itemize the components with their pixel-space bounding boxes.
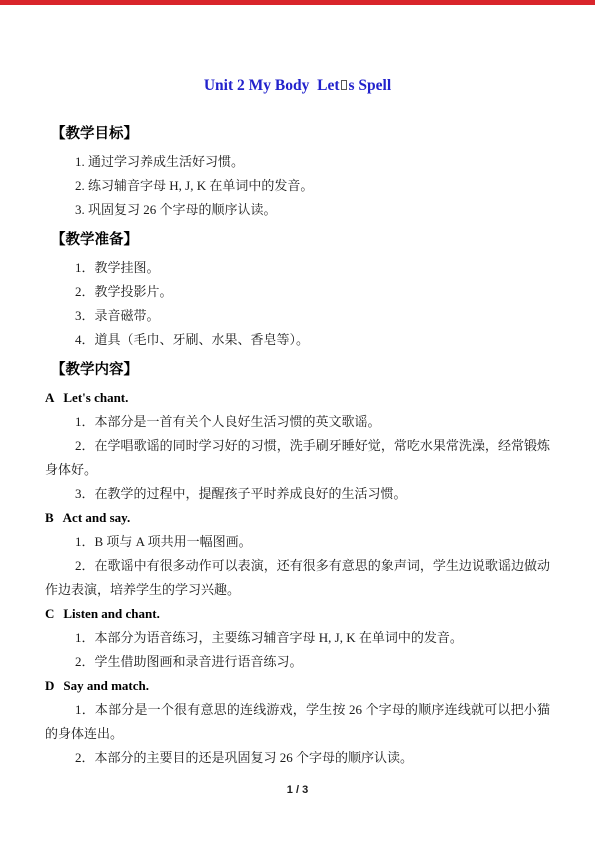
list-item: 1．B 项与 A 项共用一幅图画。 [45, 530, 550, 554]
list-item: 1．本部分为语音练习，主要练习辅音字母 H, J, K 在单词中的发音。 [45, 626, 550, 650]
list-item: 2．在歌谣中有很多动作可以表演，还有很多有意思的象声词，学生边说歌谣边做动作边表… [45, 554, 550, 602]
page-title: Unit 2 My Body Lets Spell [0, 0, 595, 96]
title-text-suffix: s Spell [348, 77, 391, 94]
list-item: 1．教学挂图。 [45, 256, 550, 280]
list-item: 2．教学投影片。 [45, 280, 550, 304]
subsection-letter: A [45, 390, 54, 405]
list-item: 3. 巩固复习 26 个字母的顺序认读。 [45, 198, 550, 222]
section-heading: 【教学准备】 [51, 228, 550, 252]
page-number: 1 / 3 [0, 784, 595, 796]
subsection-title: Act and say. [63, 510, 131, 525]
section-heading: 【教学目标】 [51, 122, 550, 146]
list-item: 2．在学唱歌谣的同时学习好的习惯，洗手刷牙睡好觉，常吃水果常洗澡，经常锻炼身体好… [45, 434, 550, 482]
subsection-letter: B [45, 510, 54, 525]
list-item: 4．道具（毛巾、牙刷、水果、香皂等）。 [45, 328, 550, 352]
subsection-letter: D [45, 678, 54, 693]
subsection-heading: BAct and say. [45, 506, 550, 530]
list-item: 1．本部分是一首有关个人良好生活习惯的英文歌谣。 [45, 410, 550, 434]
subsection-heading: DSay and match. [45, 674, 550, 698]
title-text-prefix: Unit 2 My Body Let [204, 77, 340, 94]
subsection-letter: C [45, 606, 54, 621]
document-page: Unit 2 My Body Lets Spell 【教学目标】1. 通过学习养… [0, 0, 595, 841]
list-item: 2．学生借助图画和录音进行语音练习。 [45, 650, 550, 674]
subsection-heading: CListen and chant. [45, 602, 550, 626]
list-item: 1．本部分是一个很有意思的连线游戏，学生按 26 个字母的顺序连线就可以把小猫的… [45, 698, 550, 746]
document-body: 【教学目标】1. 通过学习养成生活好习惯。2. 练习辅音字母 H, J, K 在… [0, 122, 595, 770]
top-accent-bar [0, 0, 595, 5]
subsection-title: Say and match. [63, 678, 149, 693]
list-item: 3．录音磁带。 [45, 304, 550, 328]
section-heading: 【教学内容】 [51, 358, 550, 382]
subsection-heading: ALet's chant. [45, 386, 550, 410]
missing-glyph-box [341, 80, 347, 90]
subsection-title: Let's chant. [63, 390, 128, 405]
list-item: 1. 通过学习养成生活好习惯。 [45, 150, 550, 174]
list-item: 2. 练习辅音字母 H, J, K 在单词中的发音。 [45, 174, 550, 198]
list-item: 3．在教学的过程中，提醒孩子平时养成良好的生活习惯。 [45, 482, 550, 506]
subsection-title: Listen and chant. [63, 606, 159, 621]
list-item: 2．本部分的主要目的还是巩固复习 26 个字母的顺序认读。 [45, 746, 550, 770]
